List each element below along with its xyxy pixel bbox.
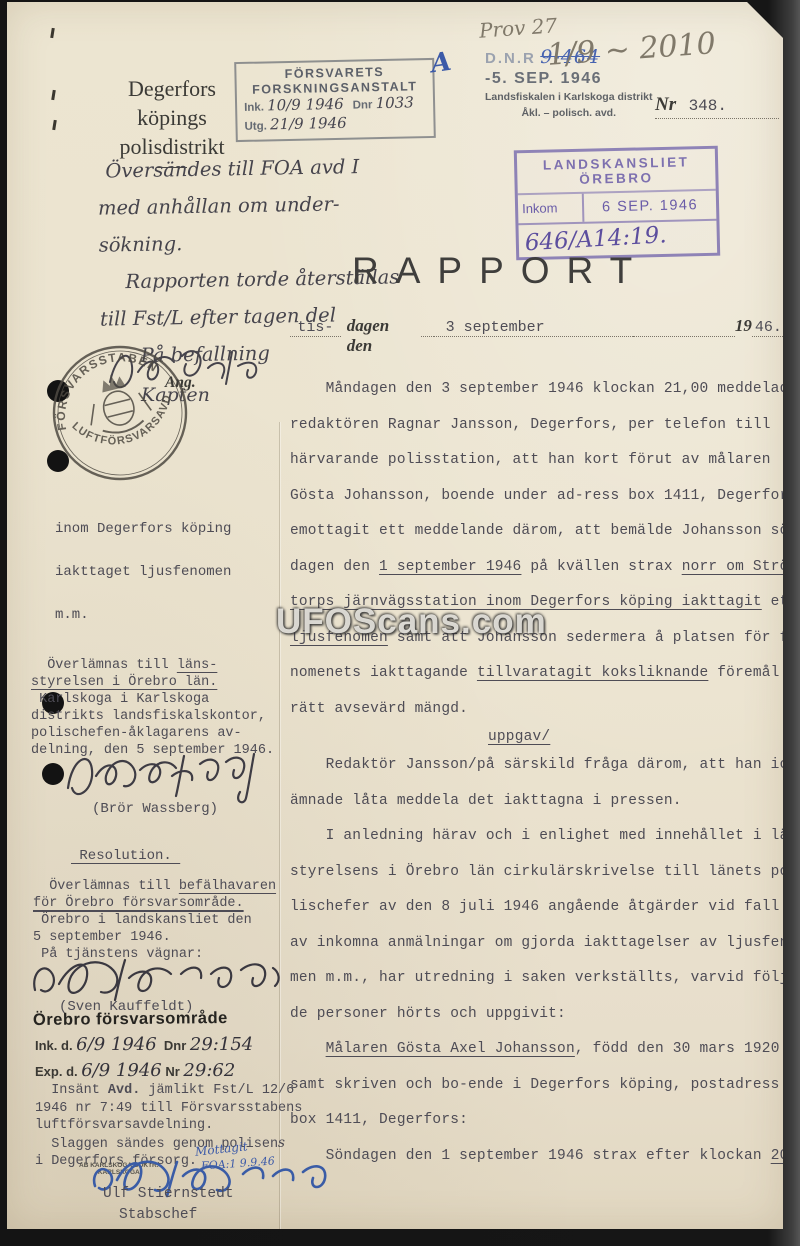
report-number-label: Nr — [655, 94, 676, 115]
watermark: UFOScans.com — [276, 602, 547, 642]
foa-stamp-entries: Ink. 10/9 1946 Dnr 1033Utg. 21/9 1946 — [244, 94, 427, 136]
scan-mark — [50, 28, 55, 38]
report-body: Måndagen den 3 september 1946 klockan 21… — [290, 372, 792, 1174]
foa-registry-stamp: FÖRSVARETS FORSKNINGSANSTALT Ink. 10/9 1… — [234, 58, 436, 142]
registry-ink-line: Ink. d. 6/9 1946 Dnr 29:154 — [35, 1034, 253, 1055]
punch-hole — [42, 763, 64, 785]
staff-name: Ulf Stiernstedt — [103, 1186, 234, 1202]
dnr-label: D.N.R — [485, 50, 536, 67]
scan-mark — [51, 90, 56, 100]
report-date-line: tis- dagen den 3 september 19 46. — [290, 316, 791, 356]
report-title: RAPPORT — [352, 250, 649, 292]
scan-background: Degerfors köpings polisdistrikt FÖRSVARE… — [0, 0, 800, 1246]
landskansliet-date: 6 SEP. 1946 — [584, 191, 717, 222]
wassberg-signature — [62, 744, 280, 806]
arrival-date-stamp: -5. SEP. 1946 — [485, 70, 652, 88]
report-number-value: 348. — [681, 97, 727, 115]
dateline-printed1: dagen den — [347, 316, 415, 356]
wassberg-typed-name: (Brör Wassberg) — [92, 801, 218, 817]
report-number-line: Nr 348. — [655, 94, 779, 119]
registry-exp-line: Exp. d. 6/9 1946 Nr 29:62 — [35, 1060, 235, 1081]
dateline-weekday: tis- — [290, 319, 341, 337]
pencil-time-note: 1/9 ~ 2010 — [546, 26, 717, 73]
subject-note: inom Degerfors köpingiakttaget ljusfenom… — [55, 508, 231, 637]
dateline-printed2: 19 — [735, 316, 752, 336]
dnr-org-line1: Landsfiskalen i Karlskoga distrikt — [485, 91, 652, 104]
staff-title: Stabschef — [119, 1207, 197, 1223]
landskansliet-stamp-title: LANDSKANSLIET ÖREBRO — [517, 149, 716, 195]
ang-label: Ang. — [165, 374, 196, 392]
dateline-date: 3 september — [434, 319, 634, 337]
dnr-org-line2: Åkl. – polisch. avd. — [485, 107, 652, 120]
forsvarsomrade-stamp: Örebro försvarsområde — [33, 1009, 228, 1030]
landskansliet-inkom-label: Inkom — [518, 194, 585, 223]
letterhead-line1: Degerfors köpings — [92, 74, 252, 132]
landskansliet-stamp: LANDSKANSLIET ÖREBRO Inkom 6 SEP. 1946 6… — [514, 146, 720, 261]
blue-ink-mark: A — [429, 47, 453, 80]
scan-mark — [52, 120, 57, 130]
dateline-year: 46. — [752, 319, 791, 337]
resolution-heading: Resolution. — [71, 848, 180, 864]
